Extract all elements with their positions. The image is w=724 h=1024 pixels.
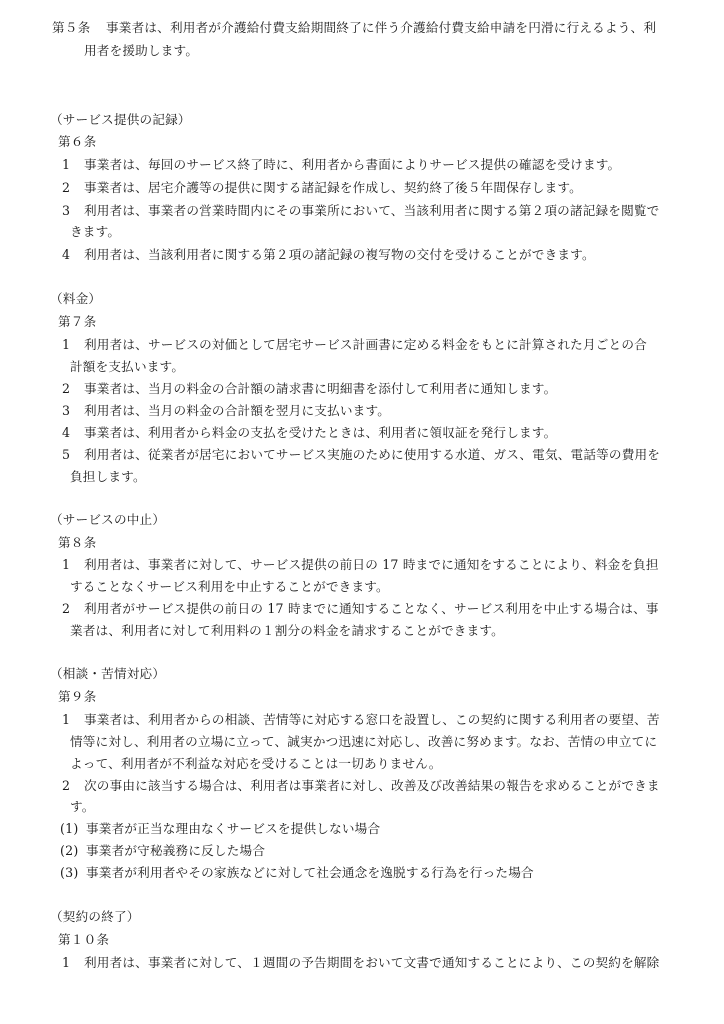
item-text: 事業者は、利用者から料金の支払を受けたときは、利用者に領収証を発行します。 — [84, 425, 556, 440]
article8-item2: 2利用者がサービス提供の前日の 17 時までに通知することなく、サービス利用を中… — [62, 601, 659, 617]
item-text: 事業者は、当月の料金の合計額の請求書に明細書を添付して利用者に通知します。 — [84, 381, 556, 396]
article6-item4: 4利用者は、当該利用者に関する第２項の諸記録の複写物の交付を受けることができます… — [62, 247, 595, 263]
item-number: 1 — [62, 337, 84, 353]
item-number: 1 — [62, 557, 84, 573]
item-number: 2 — [62, 180, 84, 196]
item-text: 次の事由に該当する場合は、利用者は事業者に対し、改善及び改善結果の報告を求めるこ… — [84, 778, 660, 793]
item-number: 3 — [62, 203, 84, 219]
article9-item2: 2次の事由に該当する場合は、利用者は事業者に対し、改善及び改善結果の報告を求める… — [62, 778, 660, 794]
article7-item1: 1利用者は、サービスの対価として居宅サービス計画書に定める料金をもとに計算された… — [62, 337, 647, 353]
subitem-number: (1) — [60, 821, 86, 837]
article7-item1-cont: 計額を支払います。 — [70, 359, 184, 375]
document-page: 第５条事業者は、利用者が介護給付費支給期間終了に伴う介護給付費支給申請を円滑に行… — [0, 0, 724, 1024]
article10-heading: （契約の終了） — [50, 909, 140, 925]
item-text: 利用者がサービス提供の前日の 17 時までに通知することなく、サービス利用を中止… — [84, 601, 659, 616]
item-number: 1 — [62, 712, 84, 728]
subitem-text: 事業者が正当な理由なくサービスを提供しない場合 — [86, 821, 380, 836]
item-text: 利用者は、サービスの対価として居宅サービス計画書に定める料金をもとに計算された月… — [84, 337, 647, 352]
item-number: 1 — [62, 157, 84, 173]
article5-label: 第５条 — [52, 20, 106, 36]
article6-item2: 2事業者は、居宅介護等の提供に関する諸記録を作成し、契約終了後５年間保存します。 — [62, 180, 582, 196]
item-number: 2 — [62, 381, 84, 397]
article5-line1: 第５条事業者は、利用者が介護給付費支給期間終了に伴う介護給付費支給申請を円滑に行… — [52, 20, 656, 36]
article7-item3: 3利用者は、当月の料金の合計額を翌月に支払います。 — [62, 403, 390, 419]
subitem-text: 事業者が利用者やその家族などに対して社会通念を逸脱する行為を行った場合 — [86, 865, 534, 880]
item-text: 利用者は、事業者に対して、サービス提供の前日の 17 時までに通知をすることによ… — [84, 557, 659, 572]
article7-heading: （料金） — [50, 291, 101, 307]
article5-line2: 用者を援助します。 — [84, 43, 198, 59]
article9-heading: （相談・苦情対応） — [50, 666, 165, 682]
article7-item5-cont: 負担します。 — [70, 469, 146, 485]
subitem-number: (3) — [60, 865, 86, 881]
item-text: 事業者は、毎回のサービス終了時に、利用者から書面によりサービス提供の確認を受けま… — [84, 157, 620, 172]
article6-item1: 1事業者は、毎回のサービス終了時に、利用者から書面によりサービス提供の確認を受け… — [62, 157, 620, 173]
article9-item1-cont1: 情等に対し、利用者の立場に立って、誠実かつ迅速に対応し、改善に努めます。なお、苦… — [70, 734, 657, 750]
item-text: 事業者は、居宅介護等の提供に関する諸記録を作成し、契約終了後５年間保存します。 — [84, 180, 582, 195]
article10-item1: 1利用者は、事業者に対して、１週間の予告期間をおいて文書で通知することにより、こ… — [62, 955, 659, 971]
article9-item1: 1事業者は、利用者からの相談、苦情等に対応する窓口を設置し、この契約に関する利用… — [62, 712, 660, 728]
item-text: 利用者は、事業者の営業時間内にその事業所において、当該利用者に関する第２項の諸記… — [84, 203, 659, 218]
item-number: 4 — [62, 425, 84, 441]
item-number: 4 — [62, 247, 84, 263]
article5-text: 事業者は、利用者が介護給付費支給期間終了に伴う介護給付費支給申請を円滑に行えるよ… — [106, 20, 656, 35]
article9-subitem3: (3)事業者が利用者やその家族などに対して社会通念を逸脱する行為を行った場合 — [60, 865, 534, 881]
article9-item1-cont2: よって、利用者が不利益な対応を受けることは一切ありません。 — [70, 756, 442, 772]
item-text: 利用者は、事業者に対して、１週間の予告期間をおいて文書で通知することにより、この… — [84, 955, 659, 970]
article8-item1-cont: することなくサービス利用を中止することができます。 — [70, 579, 389, 595]
article6-item3: 3利用者は、事業者の営業時間内にその事業所において、当該利用者に関する第２項の諸… — [62, 203, 659, 219]
item-number: 5 — [62, 447, 84, 463]
article9-label: 第９条 — [58, 689, 96, 705]
article8-item1: 1利用者は、事業者に対して、サービス提供の前日の 17 時までに通知をすることに… — [62, 557, 659, 573]
subitem-number: (2) — [60, 843, 86, 859]
item-number: 3 — [62, 403, 84, 419]
item-number: 1 — [62, 955, 84, 971]
subitem-text: 事業者が守秘義務に反した場合 — [86, 843, 265, 858]
article6-item3-cont: きます。 — [70, 224, 120, 240]
item-number: 2 — [62, 778, 84, 794]
item-text: 利用者は、従業者が居宅においてサービス実施のために使用する水道、ガス、電気、電話… — [84, 447, 660, 462]
item-text: 利用者は、当該利用者に関する第２項の諸記録の複写物の交付を受けることができます。 — [84, 247, 595, 262]
article7-item2: 2事業者は、当月の料金の合計額の請求書に明細書を添付して利用者に通知します。 — [62, 381, 556, 397]
article9-subitem2: (2)事業者が守秘義務に反した場合 — [60, 843, 265, 859]
item-text: 利用者は、当月の料金の合計額を翌月に支払います。 — [84, 403, 390, 418]
item-text: 事業者は、利用者からの相談、苦情等に対応する窓口を設置し、この契約に関する利用者… — [84, 712, 660, 727]
article7-item4: 4事業者は、利用者から料金の支払を受けたときは、利用者に領収証を発行します。 — [62, 425, 556, 441]
article6-label: 第６条 — [58, 134, 96, 150]
article6-heading: （サービス提供の記録） — [50, 112, 191, 128]
article8-item2-cont: 業者は、利用者に対して利用料の１割分の料金を請求することができます。 — [70, 623, 504, 639]
article7-label: 第７条 — [58, 314, 96, 330]
article8-label: 第８条 — [58, 535, 96, 551]
item-number: 2 — [62, 601, 84, 617]
article9-subitem1: (1)事業者が正当な理由なくサービスを提供しない場合 — [60, 821, 380, 837]
article10-label: 第１０条 — [58, 932, 109, 948]
article7-item5: 5利用者は、従業者が居宅においてサービス実施のために使用する水道、ガス、電気、電… — [62, 447, 660, 463]
article9-item2-cont: す。 — [70, 799, 95, 815]
article8-heading: （サービスの中止） — [50, 512, 165, 528]
